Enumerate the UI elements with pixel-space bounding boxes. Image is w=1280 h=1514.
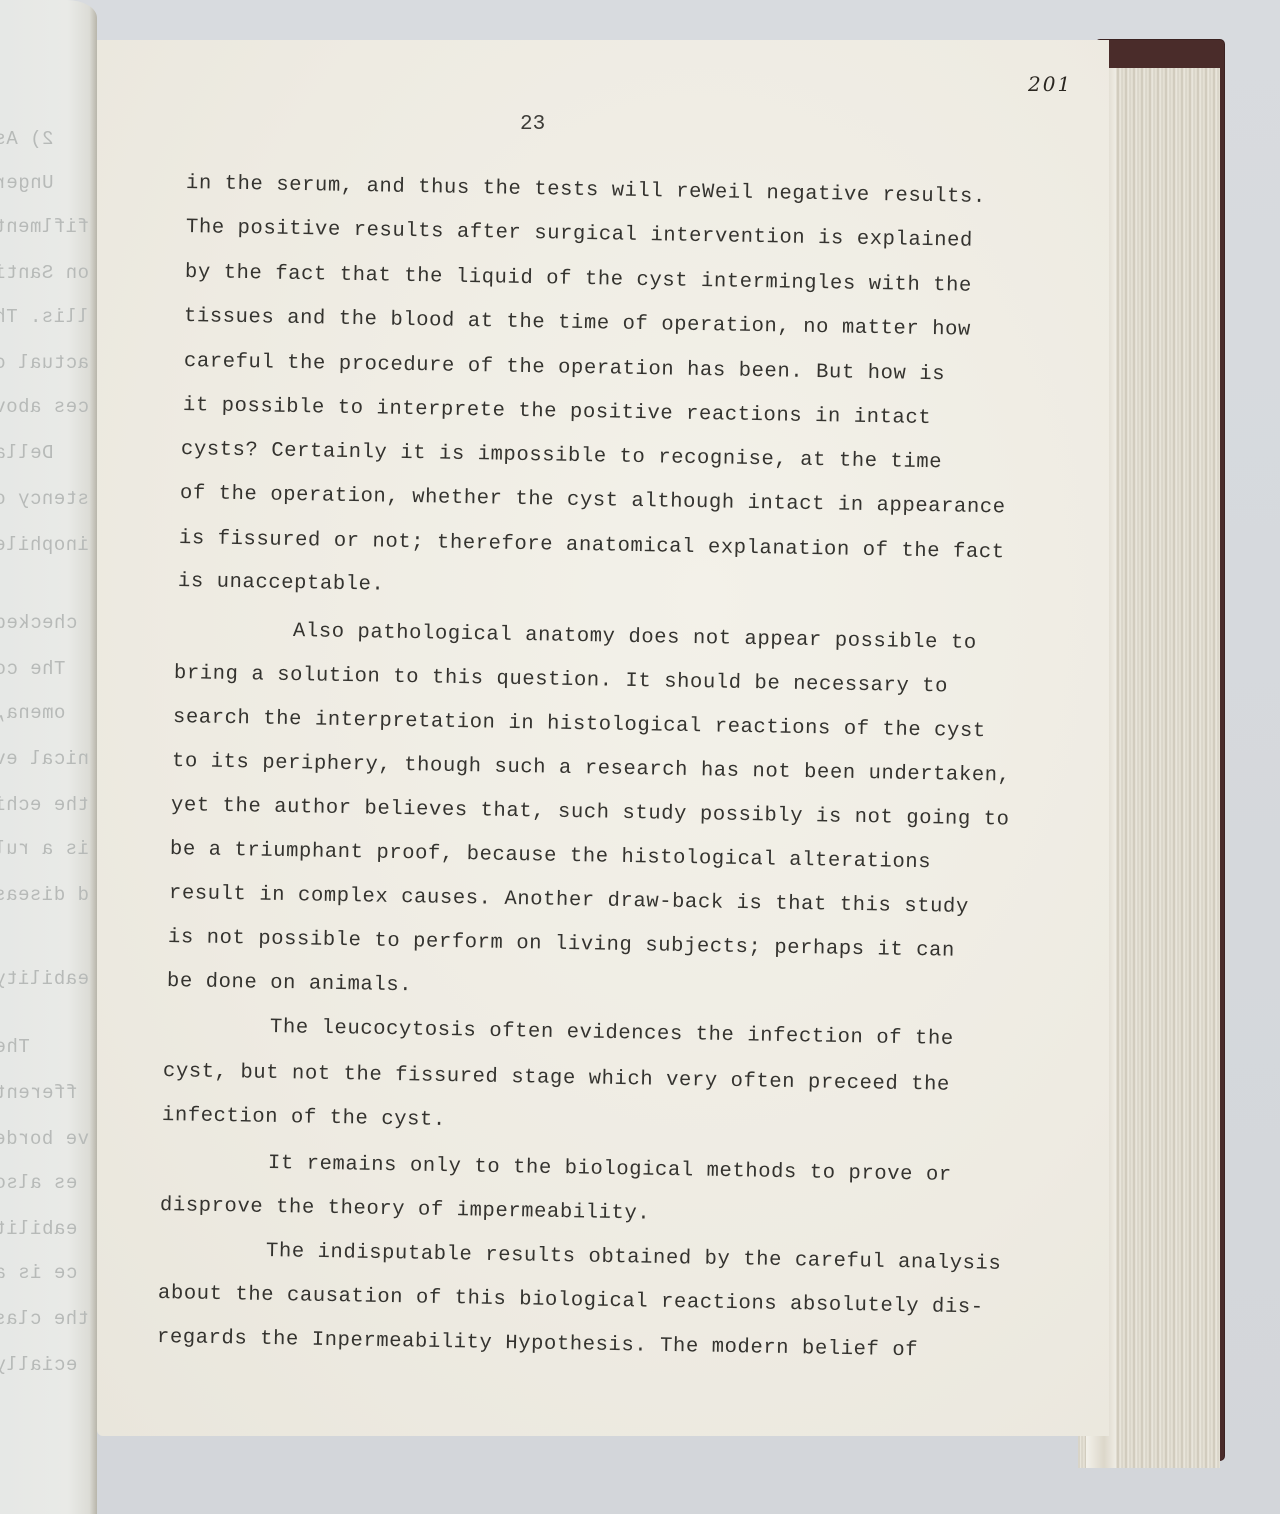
bleed-through-text: The co	[0, 658, 89, 680]
bleed-through-text: 2) As	[0, 128, 89, 150]
handwritten-page-number: 201	[1028, 72, 1072, 96]
bleed-through-text: ecially	[0, 1354, 89, 1376]
bleed-through-text: eabilit	[0, 1218, 89, 1240]
text-line: be done on animals.	[167, 970, 413, 997]
bleed-through-text: the echin	[0, 794, 89, 816]
bleed-through-text: The	[0, 1036, 89, 1058]
bleed-through-text: ce is a	[0, 1262, 89, 1284]
bleed-through-text: inophile	[0, 534, 89, 556]
text-line: infection of the cyst.	[162, 1104, 446, 1132]
text-line: is unacceptable.	[178, 570, 385, 597]
bleed-through-text: es also	[0, 1172, 89, 1194]
bleed-through-text: fferent	[0, 1082, 89, 1104]
bleed-through-text: eability	[0, 968, 89, 990]
bleed-through-text: llis. Th	[0, 306, 89, 328]
bleed-through-text: nical ev	[0, 748, 89, 770]
bleed-through-text: ve borde	[0, 1128, 89, 1150]
bleed-through-text: fiflment	[0, 216, 89, 238]
bleed-through-text: Unger	[0, 172, 89, 194]
bleed-through-text: on Santis	[0, 262, 89, 284]
bleed-through-text: is a rul	[0, 838, 89, 860]
bleed-through-text: Della	[0, 442, 89, 464]
page-number: 23	[520, 113, 545, 136]
bleed-through-text: d disease	[0, 884, 89, 906]
bleed-through-text: ces above	[0, 396, 89, 418]
bleed-through-text: stency of	[0, 488, 89, 510]
bleed-through-text: actual c	[0, 352, 89, 374]
bleed-through-text: checked	[0, 612, 89, 634]
bleed-through-text: omena,	[0, 702, 89, 724]
bleed-through-text: the clas	[0, 1308, 89, 1330]
left-page-curl: 2) AsUngerfiflmenton Santisllis. Thactua…	[0, 0, 97, 1514]
